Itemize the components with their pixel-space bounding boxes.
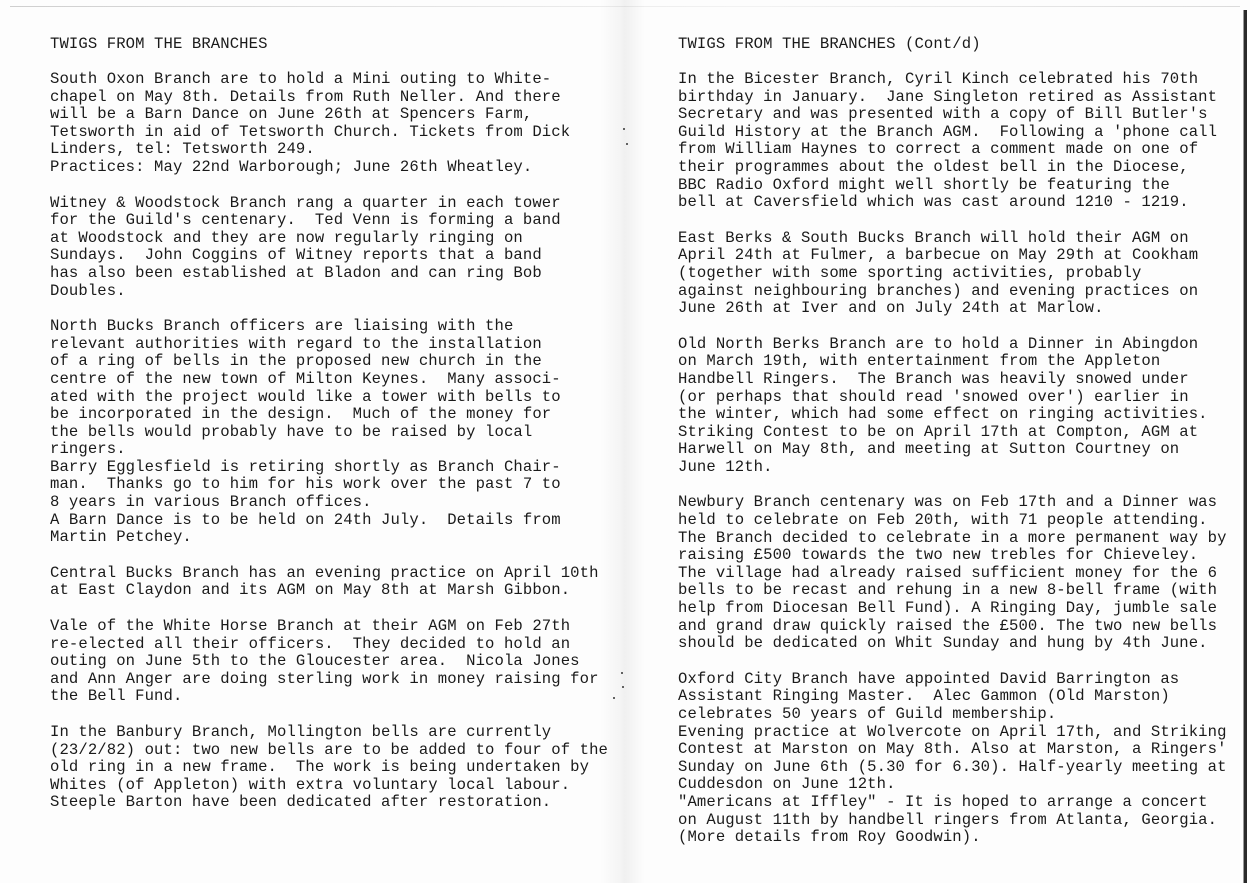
branch-paragraph: In the Banbury Branch, Mollington bells … [50,724,610,812]
text-line: Barry Egglesfield is retiring shortly as… [50,459,610,477]
text-line: (More details from Roy Goodwin). [678,829,1238,847]
text-line: Secretary and was presented with a copy … [678,106,1238,124]
text-line: The village had already raised sufficien… [678,565,1238,583]
text-line: bells to be recast and rehung in a new 8… [678,582,1238,600]
text-line: centre of the new town of Milton Keynes.… [50,371,610,389]
text-line: has also been established at Bladon and … [50,265,610,283]
left-page-heading: TWIGS FROM THE BRANCHES [50,35,610,53]
text-line: Sunday on June 6th (5.30 for 6.30). Half… [678,759,1238,777]
text-line: Martin Petchey. [50,529,610,547]
text-line: Vale of the White Horse Branch at their … [50,618,610,636]
scanned-document-spread: TWIGS FROM THE BRANCHES South Oxon Branc… [0,0,1250,883]
text-line: on March 19th, with entertainment from t… [678,353,1238,371]
text-line: ated with the project would like a tower… [50,389,610,407]
text-line: In the Banbury Branch, Mollington bells … [50,724,610,742]
text-line: their programmes about the oldest bell i… [678,159,1238,177]
text-line: (together with some sporting activities,… [678,265,1238,283]
text-line: relevant authorities with regard to the … [50,336,610,354]
right-page-body: In the Bicester Branch, Cyril Kinch cele… [678,71,1238,847]
text-line: Oxford City Branch have appointed David … [678,671,1238,689]
text-line: Central Bucks Branch has an evening prac… [50,565,610,583]
scan-right-edge [1243,10,1247,883]
text-line: at Woodstock and they are now regularly … [50,230,610,248]
right-page-heading: TWIGS FROM THE BRANCHES (Cont/d) [678,35,1238,53]
text-line: will be a Barn Dance on June 26th at Spe… [50,106,610,124]
branch-paragraph: East Berks & South Bucks Branch will hol… [678,230,1238,318]
branch-paragraph: In the Bicester Branch, Cyril Kinch cele… [678,71,1238,212]
text-line: BBC Radio Oxford might well shortly be f… [678,177,1238,195]
text-line: Newbury Branch centenary was on Feb 17th… [678,494,1238,512]
text-line: The Branch decided to celebrate in a mor… [678,530,1238,548]
text-line: and grand draw quickly raised the £500. … [678,618,1238,636]
branch-paragraph: South Oxon Branch are to hold a Mini out… [50,71,610,177]
text-line: ringers. [50,441,610,459]
right-page: TWIGS FROM THE BRANCHES (Cont/d) In the … [678,35,1238,865]
left-page: TWIGS FROM THE BRANCHES South Oxon Branc… [50,35,610,830]
text-line: June 12th. [678,459,1238,477]
scan-speck [623,128,625,130]
text-line: Tetsworth in aid of Tetsworth Church. Ti… [50,124,610,142]
text-line: Cuddesdon on June 12th. [678,776,1238,794]
text-line: celebrates 50 years of Guild membership. [678,706,1238,724]
text-line: Steeple Barton have been dedicated after… [50,794,610,812]
text-line: Guild History at the Branch AGM. Followi… [678,124,1238,142]
text-line: be incorporated in the design. Much of t… [50,406,610,424]
text-line: for the Guild's centenary. Ted Venn is f… [50,212,610,230]
text-line: Whites (of Appleton) with extra voluntar… [50,777,610,795]
branch-paragraph: Oxford City Branch have appointed David … [678,671,1238,847]
text-line: from William Haynes to correct a comment… [678,141,1238,159]
text-line: (23/2/82) out: two new bells are to be a… [50,742,610,760]
text-line: Striking Contest to be on April 17th at … [678,424,1238,442]
text-line: Assistant Ringing Master. Alec Gammon (O… [678,688,1238,706]
text-line: In the Bicester Branch, Cyril Kinch cele… [678,71,1238,89]
text-line: Witney & Woodstock Branch rang a quarter… [50,195,610,213]
branch-paragraph: North Bucks Branch officers are liaising… [50,318,610,547]
text-line: help from Diocesan Bell Fund). A Ringing… [678,600,1238,618]
text-line: old ring in a new frame. The work is bei… [50,759,610,777]
branch-paragraph: Vale of the White Horse Branch at their … [50,618,610,706]
text-line: re-elected all their officers. They deci… [50,636,610,654]
text-line: Sundays. John Coggins of Witney reports … [50,247,610,265]
text-line: bell at Caversfield which was cast aroun… [678,194,1238,212]
text-line: South Oxon Branch are to hold a Mini out… [50,71,610,89]
text-line: 8 years in various Branch offices. [50,494,610,512]
text-line: of a ring of bells in the proposed new c… [50,353,610,371]
text-line: June 26th at Iver and on July 24th at Ma… [678,300,1238,318]
text-line: Contest at Marston on May 8th. Also at M… [678,741,1238,759]
text-line: Practices: May 22nd Warborough; June 26t… [50,159,610,177]
text-line: outing on June 5th to the Gloucester are… [50,653,610,671]
text-line: raising £500 towards the two new trebles… [678,547,1238,565]
text-line: Handbell Ringers. The Branch was heavily… [678,371,1238,389]
text-line: on August 11th by handbell ringers from … [678,812,1238,830]
text-line: (or perhaps that should read 'snowed ove… [678,389,1238,407]
text-line: and Ann Anger are doing sterling work in… [50,671,610,689]
branch-paragraph: Newbury Branch centenary was on Feb 17th… [678,494,1238,652]
text-line: the winter, which had some effect on rin… [678,406,1238,424]
text-line: birthday in January. Jane Singleton reti… [678,89,1238,107]
branch-paragraph: Witney & Woodstock Branch rang a quarter… [50,195,610,301]
text-line: against neighbouring branches) and eveni… [678,283,1238,301]
left-page-body: South Oxon Branch are to hold a Mini out… [50,71,610,812]
text-line: held to celebrate on Feb 20th, with 71 p… [678,512,1238,530]
text-line: chapel on May 8th. Details from Ruth Nel… [50,89,610,107]
scan-speck [626,143,628,145]
text-line: "Americans at Iffley" - It is hoped to a… [678,794,1238,812]
scan-speck [622,686,624,688]
text-line: man. Thanks go to him for his work over … [50,476,610,494]
text-line: Harwell on May 8th, and meeting at Sutto… [678,441,1238,459]
text-line: should be dedicated on Whit Sunday and h… [678,635,1238,653]
text-line: April 24th at Fulmer, a barbecue on May … [678,247,1238,265]
text-line: the Bell Fund. [50,688,610,706]
text-line: Old North Berks Branch are to hold a Din… [678,336,1238,354]
text-line: at East Claydon and its AGM on May 8th a… [50,582,610,600]
text-line: Evening practice at Wolvercote on April … [678,724,1238,742]
text-line: Linders, tel: Tetsworth 249. [50,141,610,159]
text-line: Doubles. [50,283,610,301]
scan-speck [613,697,615,699]
scan-speck [621,672,623,674]
text-line: North Bucks Branch officers are liaising… [50,318,610,336]
branch-paragraph: Central Bucks Branch has an evening prac… [50,565,610,600]
text-line: East Berks & South Bucks Branch will hol… [678,230,1238,248]
text-line: A Barn Dance is to be held on 24th July.… [50,512,610,530]
branch-paragraph: Old North Berks Branch are to hold a Din… [678,336,1238,477]
text-line: the bells would probably have to be rais… [50,424,610,442]
